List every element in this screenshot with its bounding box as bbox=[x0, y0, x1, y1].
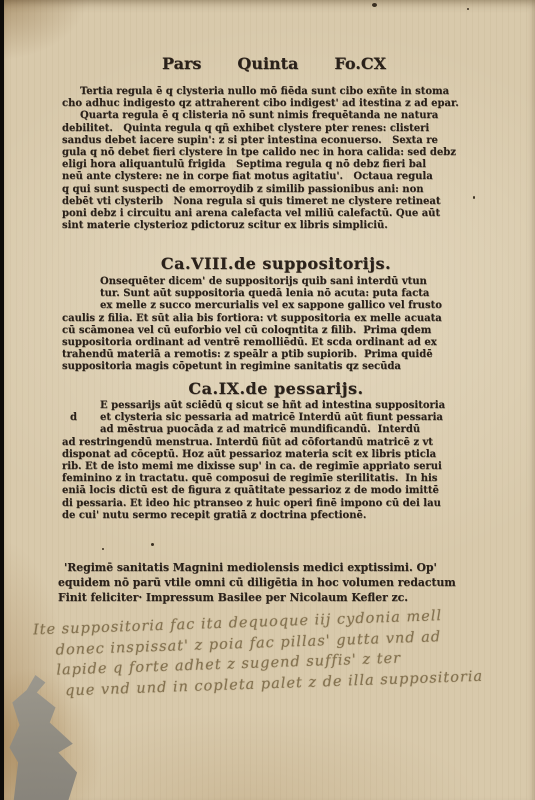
text-line: di pessaria. Et ideo hic ptranseo z huic… bbox=[62, 498, 490, 510]
text-line: feminino z in tractatu. quē composui de … bbox=[62, 473, 490, 485]
text-line: tur. Sunt aūt suppositoria quedā lenia n… bbox=[62, 288, 490, 300]
text-line: E pessarijs aūt sciēdū q sicut se hñt ad… bbox=[62, 400, 490, 412]
text-line: ad mēstrua puocāda z ad matricē mundific… bbox=[62, 424, 490, 436]
chapter-8-paragraph: Onsequēter dicem' de suppositorijs quib … bbox=[62, 276, 490, 374]
text-line: caulis z filia. Et sūt alia bis fortiora… bbox=[62, 313, 490, 325]
text-line: debilitet. Quinta regula q qñ exhibet cl… bbox=[62, 123, 490, 135]
text-line: neū ante clystere: ne in corpe fiat motu… bbox=[62, 171, 490, 183]
text-line: eniā locis dictū est de figura z quātita… bbox=[62, 485, 490, 497]
text-line: Quarta regula ē q clisteria nō sunt nimi… bbox=[62, 110, 490, 122]
text-line: suppositoria ordinant ad ventrē remolliē… bbox=[62, 337, 490, 349]
text-line: 'Regimē sanitatis Magnini mediolensis me… bbox=[58, 560, 494, 575]
text-line: de cui' nutu sermo recepit gratiā z doct… bbox=[62, 510, 490, 522]
text-line: trahendū materiā a remotis: z speālr a p… bbox=[62, 349, 490, 361]
text-line: disponat ad cōceptū. Hoz aūt pessarioz m… bbox=[62, 449, 490, 461]
ink-speck bbox=[151, 543, 154, 546]
ink-speck bbox=[473, 196, 475, 199]
text-line: det clysteria sic pessaria ad matricē In… bbox=[62, 412, 490, 424]
folio-number: Fo.CX bbox=[334, 54, 386, 73]
text-line: cho adhuc indigesto qz attraherent cibo … bbox=[62, 98, 490, 110]
text-line: equidem nō parū vtile omni cū diligētia … bbox=[58, 575, 494, 590]
ink-speck bbox=[372, 3, 377, 7]
text-line: Onsequēter dicem' de suppositorijs quib … bbox=[62, 276, 490, 288]
main-text-block: Tertia regula ē q clysteria nullo mō fiē… bbox=[62, 86, 490, 232]
text-line: suppositoria magis cōpetunt in regimine … bbox=[62, 361, 490, 373]
ink-speck bbox=[467, 8, 469, 10]
text-line: Finit feliciter· Impressum Basilee per N… bbox=[58, 590, 494, 605]
running-header-part: Pars bbox=[162, 54, 201, 73]
text-line: q qui sunt suspecti de emorroydib z simi… bbox=[62, 184, 490, 196]
text-line: debēt vti clysterib Nona regula si quis … bbox=[62, 196, 490, 208]
ink-speck bbox=[102, 548, 104, 550]
text-line: gula q nō debet fieri clystere in tpe ca… bbox=[62, 147, 490, 159]
text-line: sandus debet iacere supin': z si pter in… bbox=[62, 135, 490, 147]
running-header-quinta: Quinta bbox=[237, 54, 298, 73]
chapter-9-heading: Ca.IX.de pessarijs. bbox=[62, 379, 490, 399]
text-line: ex melle z succo mercurialis vel ex sapp… bbox=[62, 300, 490, 312]
text-line: cū scāmonea vel cū euforbio vel cū coloq… bbox=[62, 325, 490, 337]
book-photo: { "colors": { "paper": "#d8c9ab", "ink":… bbox=[0, 0, 535, 800]
margin-guide-letter: d bbox=[70, 412, 77, 424]
chapter-9-paragraph: E pessarijs aūt sciēdū q sicut se hñt ad… bbox=[62, 400, 490, 522]
text-line: sint materie clysterioz pdictoruz scitur… bbox=[62, 220, 490, 232]
text-line: Tertia regula ē q clysteria nullo mō fiē… bbox=[62, 86, 490, 98]
running-header: Pars Quinta Fo.CX bbox=[114, 54, 434, 73]
chapter-8-heading: Ca.VIII.de suppositorijs. bbox=[62, 254, 490, 274]
book-page: Pars Quinta Fo.CX Tertia regula ē q clys… bbox=[4, 0, 535, 800]
text-line: ad restringendū menstrua. Interdū fiūt a… bbox=[62, 437, 490, 449]
text-line: rib. Et de isto memi me dixisse sup' in … bbox=[62, 461, 490, 473]
text-line: poni debz i circuitu ani arena calefacta… bbox=[62, 208, 490, 220]
colophon: 'Regimē sanitatis Magnini mediolensis me… bbox=[58, 560, 494, 605]
text-line: eligi hora aliquantulū frigida Septima r… bbox=[62, 159, 490, 171]
